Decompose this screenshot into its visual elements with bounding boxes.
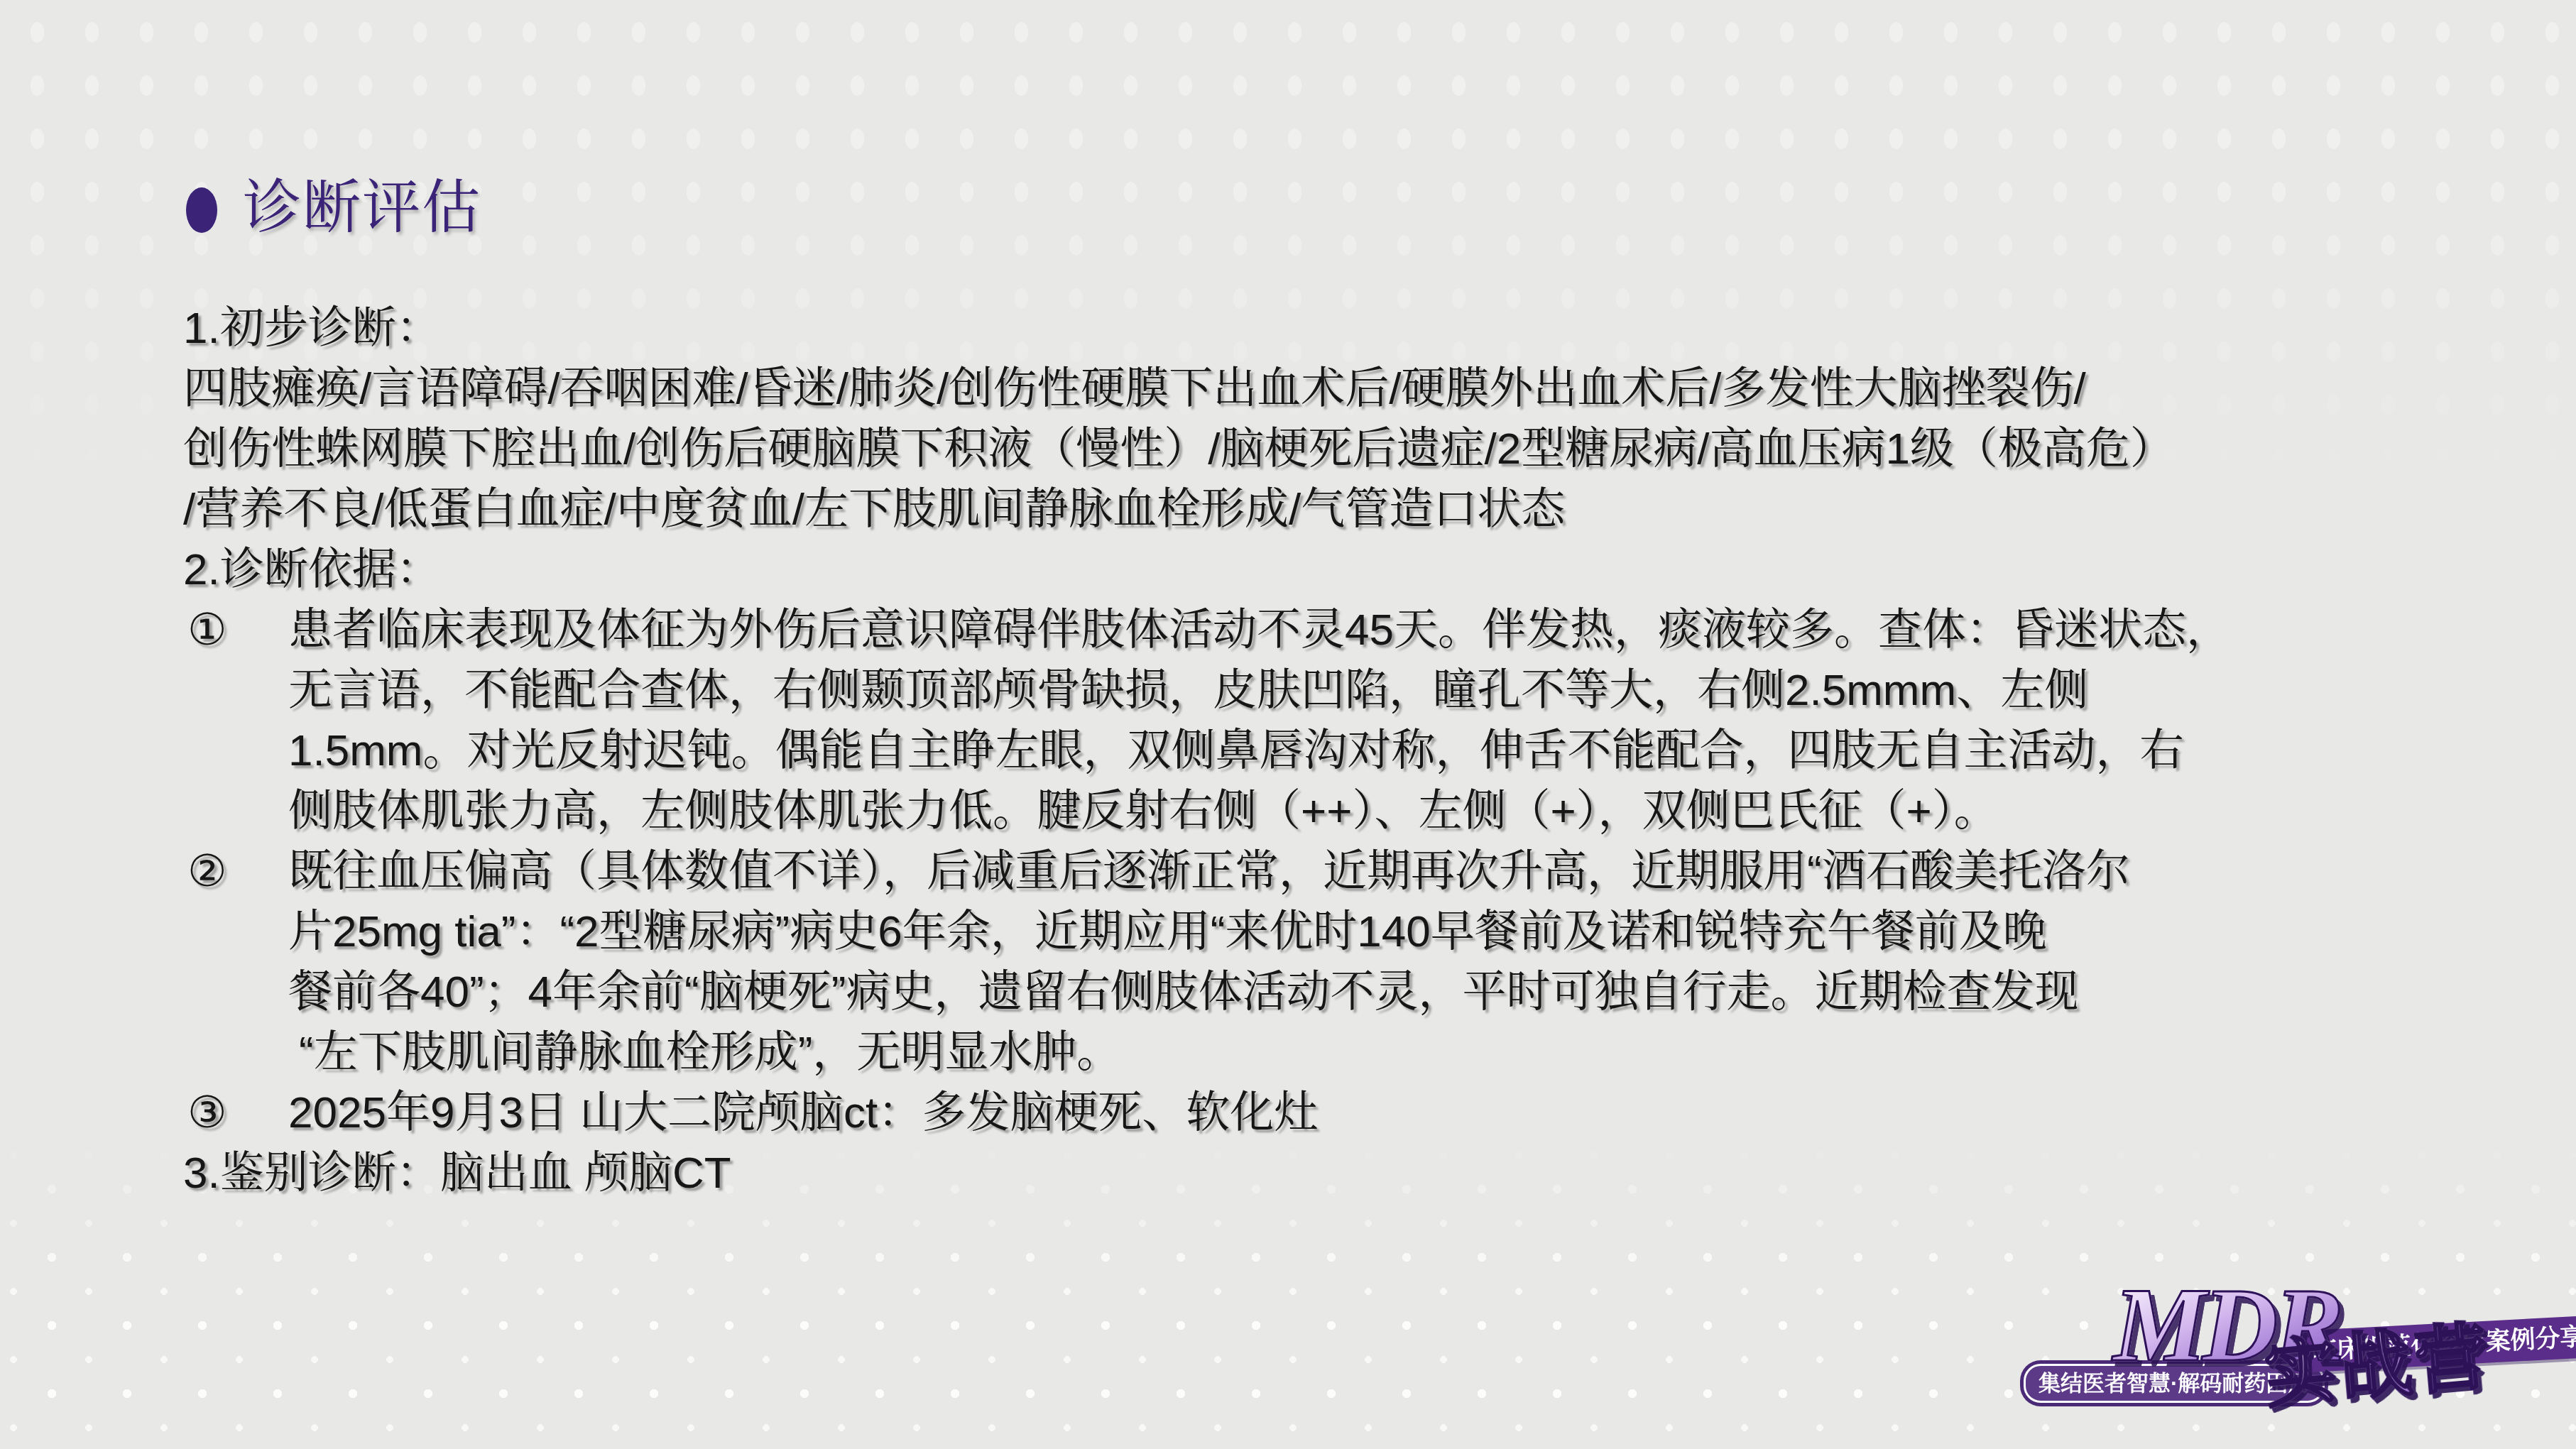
mdr-camp-logo: 临床规范化诊疗案例分享平台 集结医者智慧·解码耐药困局 MDR 实战营 xyxy=(2008,1272,2562,1449)
item1-marker: ① xyxy=(187,600,227,660)
list-item: ③2025年9月3日 山大二院颅脑ct：多发脑梗死、软化灶 xyxy=(183,1083,2230,1143)
item1-line: 患者临床表现及体征为外伤后意识障碍伴肢体活动不灵45天。伴发热，痰液较多。查体：… xyxy=(288,606,2230,655)
item2-line: 餐前各40”；4年余前“脑梗死”病史，遗留右侧肢体活动不灵，平时可独自行走。近期… xyxy=(183,962,2230,1022)
section1-line: 创伤性蛛网膜下腔出血/创伤后硬脑膜下积液（慢性）/脑梗死后遗症/2型糖尿病/高血… xyxy=(183,419,2230,479)
item2-line: 片25mg tia”：“2型糖尿病”病史6年余，近期应用“来优时140早餐前及诺… xyxy=(183,902,2230,962)
section1-heading: 1.初步诊断： xyxy=(183,298,2230,359)
list-item: ①患者临床表现及体征为外伤后意识障碍伴肢体活动不灵45天。伴发热，痰液较多。查体… xyxy=(183,600,2230,660)
slide: 诊断评估 1.初步诊断： 四肢瘫痪/言语障碍/吞咽困难/昏迷/肺炎/创伤性硬膜下… xyxy=(0,0,2576,1449)
item2-line: “左下肢肌间静脉血栓形成”，无明显水肿。 xyxy=(183,1022,2230,1083)
slide-title: 诊断评估 xyxy=(243,179,481,237)
section1-line: /营养不良/低蛋白血症/中度贫血/左下肢肌间静脉血栓形成/气管造口状态 xyxy=(183,479,2230,540)
list-item: ②既往血压偏高（具体数值不详），后减重后逐渐正常，近期再次升高，近期服用“酒石酸… xyxy=(183,841,2230,902)
item1-line: 1.5mm。对光反射迟钝。偶能自主睁左眼，双侧鼻唇沟对称，伸舌不能配合，四肢无自… xyxy=(183,721,2230,781)
logo-camp-letters: 实战营 xyxy=(2262,1320,2494,1411)
item3-marker: ③ xyxy=(187,1083,227,1143)
section3-heading: 3.鉴别诊断：脑出血 颅脑CT xyxy=(183,1143,2230,1203)
item3-line: 2025年9月3日 山大二院颅脑ct：多发脑梗死、软化灶 xyxy=(288,1088,1318,1137)
slide-title-row: 诊断评估 xyxy=(186,179,481,237)
slide-body: 1.初步诊断： 四肢瘫痪/言语障碍/吞咽困难/昏迷/肺炎/创伤性硬膜下出血术后/… xyxy=(183,298,2230,1203)
item2-marker: ② xyxy=(187,841,227,902)
section2-heading: 2.诊断依据： xyxy=(183,540,2230,600)
item1-line: 侧肢体肌张力高，左侧肢体肌张力低。腱反射右侧（++）、左侧（+），双侧巴氏征（+… xyxy=(183,781,2230,841)
item1-line: 无言语，不能配合查体，右侧颞顶部颅骨缺损，皮肤凹陷，瞳孔不等大，右侧2.5mmm… xyxy=(183,660,2230,721)
bullet-icon xyxy=(186,187,217,233)
item2-line: 既往血压偏高（具体数值不详），后减重后逐渐正常，近期再次升高，近期服用“酒石酸美… xyxy=(288,847,2130,896)
section1-line: 四肢瘫痪/言语障碍/吞咽困难/昏迷/肺炎/创伤性硬膜下出血术后/硬膜外出血术后/… xyxy=(183,359,2230,419)
